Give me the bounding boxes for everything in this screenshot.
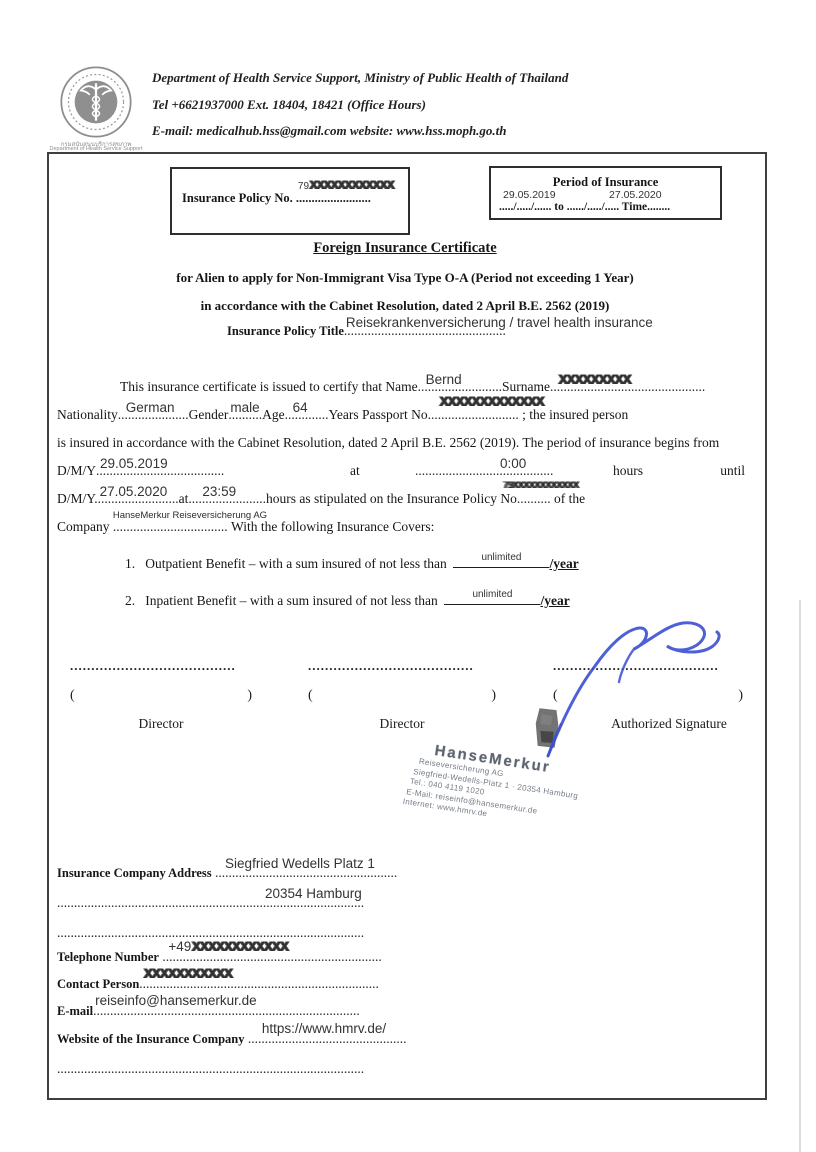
body-line-1: This insurance certificate is issued to … — [120, 378, 705, 396]
body-line-4: D/M/Y...................................… — [57, 462, 745, 480]
begin-date-value: 29.05.2019 — [100, 456, 168, 471]
passport-dots: .......................... — [431, 407, 519, 422]
benefit-value: unlimited — [453, 552, 549, 563]
policy-number-fill: ........................ 79XXXXXXXXXXXX — [296, 189, 371, 207]
certificate-subtitle-1: for Alien to apply for Non-Immigrant Vis… — [47, 269, 763, 287]
policy-number-redacted: XXXXXXXXXXXX — [309, 178, 393, 192]
benefit-unit: /year — [540, 593, 569, 608]
address-fill: ........................................… — [215, 864, 397, 882]
address-label: Insurance Company Address — [57, 866, 212, 880]
blank-dots: ........................................… — [57, 925, 364, 940]
policy-no-dots: .......... — [517, 491, 551, 506]
age-value: 64 — [293, 400, 308, 415]
period-time-label: Time........ — [622, 201, 670, 213]
phone-value: +49XXXXXXXXXXXX — [168, 939, 287, 954]
benefit-text: Inpatient Benefit – with a sum insured o… — [145, 593, 437, 608]
benefit-number: 2. — [125, 593, 135, 608]
age-fill: .............64 — [285, 406, 329, 424]
address-value-2: 20354 Hamburg — [265, 886, 362, 901]
certificate-subtitle-2: in accordance with the Cabinet Resolutio… — [47, 297, 763, 315]
contact-label: Contact Person — [57, 977, 139, 991]
header-tel-line: Tel +6621937000 Ext. 18404, 18421 (Offic… — [152, 97, 426, 113]
company-fill: ..................................HanseM… — [113, 518, 228, 536]
begin-time-fill: ........................................… — [415, 462, 553, 480]
begin-time-dots: ........................................… — [415, 463, 553, 478]
header-dept-line: Department of Health Service Support, Mi… — [152, 70, 568, 86]
policy-number-label: Insurance Policy No. ...................… — [182, 189, 371, 207]
accordance-text: is insured in accordance with the Cabine… — [57, 435, 719, 450]
stipulated-text: hours as stipulated on the Insurance Pol… — [266, 491, 517, 506]
period-of-insurance-box: Period of Insurance 29.05.2019 27.05.202… — [489, 166, 722, 220]
end-time-value: 23:59 — [202, 484, 236, 499]
open-paren: ( — [308, 688, 313, 704]
footer-final-dots-row: ........................................… — [57, 1060, 364, 1078]
policy-number-value: 79XXXXXXXXXXXX — [298, 177, 393, 192]
footer-email-row: E-mail..................................… — [57, 1002, 360, 1020]
at-word-2: at — [179, 491, 189, 506]
phone-label: Telephone Number — [57, 950, 159, 964]
address-fill-2: ........................................… — [57, 894, 364, 912]
scanned-insurance-certificate: กรมสนับสนุนบริการสุขภาพ Department of He… — [0, 0, 816, 1152]
name-value: Bernd — [426, 372, 462, 387]
final-dots: ........................................… — [57, 1061, 364, 1076]
benefit-unit: /year — [549, 556, 578, 571]
benefit-item-1: 1. Outpatient Benefit – with a sum insur… — [125, 552, 579, 573]
gender-value: male — [230, 400, 259, 415]
benefit-blank: unlimited — [453, 552, 549, 568]
insured-suffix: ; the insured person — [522, 407, 628, 422]
signature-paren-row: ( ) — [308, 688, 496, 704]
footer-contact-row: Contact Person..........................… — [57, 975, 379, 993]
passport-value: XXXXXXXXXXXXX — [439, 394, 543, 409]
nationality-value: German — [126, 400, 175, 415]
policy-title-label: Insurance Policy Title — [227, 324, 344, 338]
body-line-2: Nationality.....................GermanGe… — [57, 406, 628, 424]
footer-website-row: Website of the Insurance Company .......… — [57, 1030, 407, 1048]
covers-text: With the following Insurance Covers: — [231, 519, 434, 534]
surname-value: XXXXXXXXX — [558, 372, 630, 387]
period-dots-line: ...../...../...... to ....../...../.....… — [499, 198, 670, 216]
nationality-label: Nationality — [57, 407, 118, 422]
period-dots-from: ...../...../...... — [499, 201, 551, 213]
signature-block-1: ....................................... … — [70, 658, 252, 732]
certificate-title: Foreign Insurance Certificate — [47, 239, 763, 257]
email-fill: ........................................… — [93, 1002, 360, 1020]
hours-word: hours — [613, 462, 643, 480]
at-word: at — [350, 462, 360, 480]
email-value: reiseinfo@hansemerkur.de — [95, 993, 257, 1008]
company-dots: .................................. — [113, 519, 228, 534]
signature-ink — [515, 608, 730, 758]
dmy-label: D/M/Y — [57, 463, 96, 478]
policy-no-redacted: 79XXXXXXXXXXXX — [503, 480, 578, 490]
nationality-fill: .....................German — [118, 406, 189, 424]
footer-phone-row: Telephone Number .......................… — [57, 948, 382, 966]
benefit-number: 1. — [125, 556, 135, 571]
of-the-text: of the — [554, 491, 585, 506]
age-label: Age — [262, 407, 285, 422]
phone-prefix: +49 — [168, 939, 191, 954]
body-line-6: Company ................................… — [57, 518, 434, 536]
end-date-fill: ........................27.05.2020 — [98, 490, 179, 508]
surname-label: Surname — [502, 379, 550, 394]
close-paren: ) — [491, 688, 496, 704]
end-time-fill: .......................23:59 — [188, 490, 266, 508]
address-value-1: Siegfried Wedells Platz 1 — [225, 856, 375, 871]
gender-label: Gender — [189, 407, 229, 422]
header-email-line: E-mail: medicalhub.hss@gmail.com website… — [152, 123, 507, 139]
signature-line: ....................................... — [70, 658, 252, 674]
policy-title-row: Insurance Policy Title..................… — [227, 322, 506, 340]
website-fill: ........................................… — [248, 1030, 407, 1048]
company-name-value: HanseMerkur Reiseversicherung AG — [113, 510, 267, 521]
signature-label: Director — [308, 716, 496, 732]
phone-redacted: XXXXXXXXXXXX — [191, 939, 287, 954]
begin-time-value: 0:00 — [500, 456, 526, 471]
contact-fill: ........................................… — [139, 975, 379, 993]
begin-date-fill: ......................................29… — [96, 462, 224, 480]
website-label: Website of the Insurance Company — [57, 1032, 245, 1046]
policy-number-dots: ........................ — [296, 191, 371, 205]
open-paren: ( — [70, 688, 75, 704]
years-passport-label: Years Passport No. — [328, 407, 431, 422]
close-paren: ) — [247, 688, 252, 704]
policy-no-fill: ..........79XXXXXXXXXXXX — [517, 490, 551, 508]
policy-title-fill: ........................................… — [344, 322, 506, 340]
benefit-value: unlimited — [444, 589, 540, 600]
dmy-label-2: D/M/Y. — [57, 491, 98, 506]
policy-title-value: Reisekrankenversicherung / travel health… — [346, 315, 653, 330]
benefit-text: Outpatient Benefit – with a sum insured … — [145, 556, 446, 571]
period-dots-to: ....../...../..... — [567, 201, 619, 213]
close-paren: ) — [738, 688, 743, 704]
gender-fill: ..........male — [228, 406, 262, 424]
benefit-blank: unlimited — [444, 589, 540, 605]
period-to-word: to — [554, 201, 564, 213]
signature-block-2: ....................................... … — [308, 658, 496, 732]
footer-address-row-2: ........................................… — [57, 894, 364, 912]
contact-value: XXXXXXXXXXX — [143, 966, 231, 981]
until-word: until — [720, 462, 745, 480]
end-date-value: 27.05.2020 — [100, 484, 168, 499]
intro-text: This insurance certificate is issued to … — [120, 379, 418, 394]
signature-paren-row: ( ) — [70, 688, 252, 704]
company-label: Company — [57, 519, 110, 534]
body-line-3: is insured in accordance with the Cabine… — [57, 434, 719, 452]
signature-label: Director — [70, 716, 252, 732]
email-label: E-mail — [57, 1004, 93, 1018]
benefit-item-2: 2. Inpatient Benefit – with a sum insure… — [125, 589, 570, 610]
policy-number-prefix: 79 — [298, 181, 309, 192]
policy-number-box: Insurance Policy No. ...................… — [170, 167, 410, 235]
policy-number-label-text: Insurance Policy No. — [182, 191, 293, 205]
surname-fill: ........................................… — [550, 378, 705, 396]
passport-fill: ..........................XXXXXXXXXXXXX — [431, 406, 519, 424]
website-value: https://www.hmrv.de/ — [262, 1021, 386, 1036]
footer-address-row: Insurance Company Address ..............… — [57, 864, 397, 882]
body-line-5: D/M/Y.........................27.05.2020… — [57, 490, 585, 508]
ministry-seal-icon — [56, 62, 136, 142]
phone-fill: ........................................… — [162, 948, 381, 966]
signature-line: ....................................... — [308, 658, 496, 674]
scan-edge-line — [799, 600, 801, 1152]
